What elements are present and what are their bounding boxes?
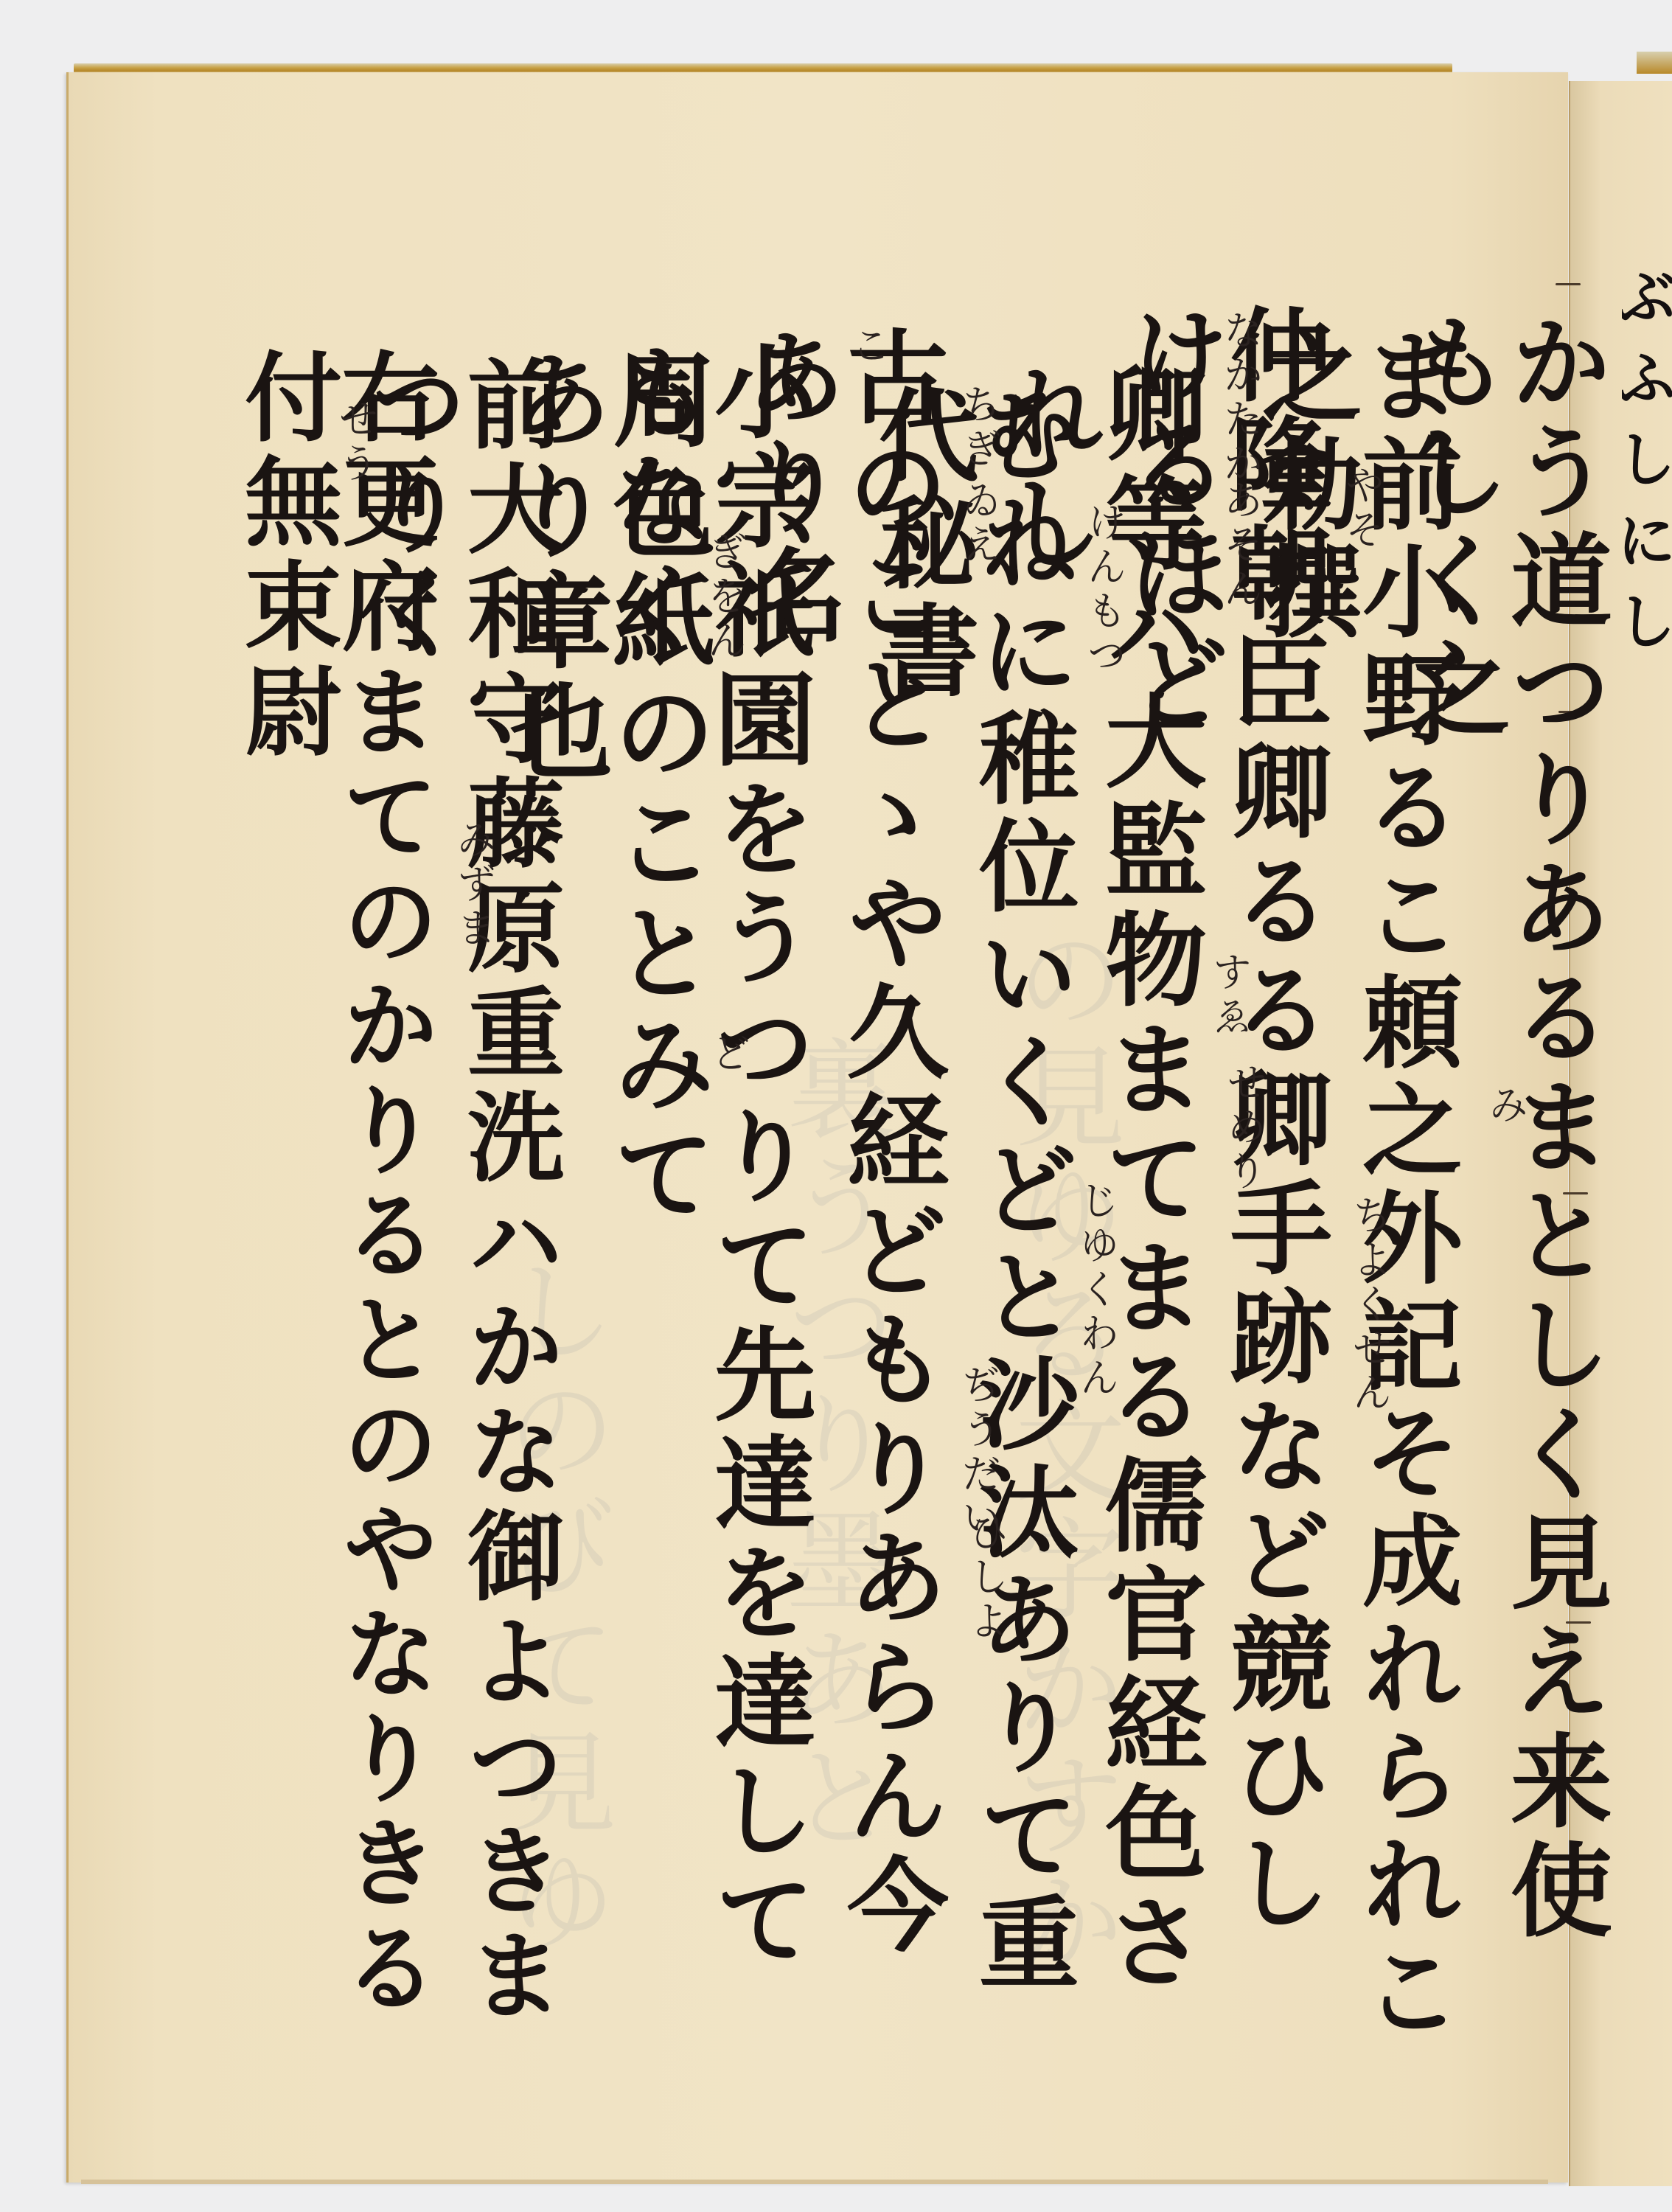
furigana: やそ (1342, 465, 1382, 553)
furigana: すゑ (1209, 951, 1249, 1040)
furigana: こ (848, 324, 888, 369)
furigana: せう (335, 398, 375, 487)
page-bottom-edge (81, 2180, 1548, 2184)
furigana: み (1485, 1084, 1525, 1128)
furigana: ぎをん (704, 531, 744, 664)
text-column-10: 右更府まてのかりるとのやなりきる付無束尉 (236, 347, 431, 2079)
furigana: なかたか (1220, 310, 1260, 487)
binding-stitch (1556, 283, 1581, 285)
facing-page-gilt-edge (1637, 52, 1672, 74)
furigana: ひしよ (966, 1512, 1006, 1644)
furigana: せめり (1224, 1062, 1264, 1194)
furigana: あそん (1220, 479, 1260, 612)
furigana: ちぎ (958, 383, 998, 472)
furigana: じゆくわん (1076, 1180, 1116, 1401)
furigana: ゐえ (958, 479, 998, 568)
furigana: ど (708, 1032, 748, 1077)
furigana: みずま (453, 818, 493, 951)
facing-page-text: ぶふしにし (1622, 265, 1672, 1519)
furigana: けんもつ (1084, 501, 1124, 678)
furigana: ちよくせん (1349, 1194, 1389, 1416)
